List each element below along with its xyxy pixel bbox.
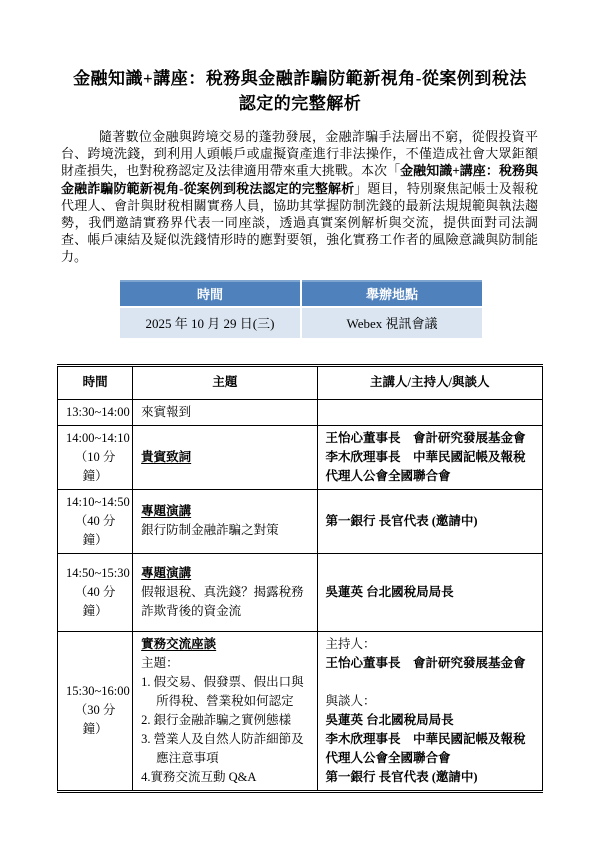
agenda-panelist: 第一銀行 長官代表 (邀請中)	[326, 768, 534, 787]
agenda-topic-cell: 專題演講 銀行防制金融詐騙之對策	[133, 489, 317, 553]
agenda-time-range: 14:00~14:10	[66, 429, 124, 448]
agenda-time-duration: （10 分鐘）	[66, 448, 124, 486]
agenda-topic-cell: 專題演講 假報退稅、真洗錢？揭露稅務詐欺背後的資金流	[133, 553, 317, 631]
agenda-speaker-line: 第一銀行 長官代表 (邀請中)	[326, 512, 534, 531]
agenda-moderator-label: 主持人：	[326, 635, 534, 654]
page-title-line1: 金融知識+講座：稅務與金融詐騙防範新視角-從案例到稅法	[0, 66, 600, 91]
agenda-speaker-line: 李木欣理事長 中華民國記帳及報稅代理人公會全國聯合會	[326, 448, 534, 486]
document-page: 金融知識+講座：稅務與金融詐騙防範新視角-從案例到稅法 認定的完整解析 隨著數位…	[0, 0, 600, 849]
agenda-row-keynote2: 14:50~15:30 （40 分鐘） 專題演講 假報退稅、真洗錢？揭露稅務詐欺…	[58, 553, 543, 631]
agenda-moderator: 王怡心董事長 會計研究發展基金會	[326, 654, 534, 673]
agenda-time-range: 14:10~14:50	[66, 493, 124, 512]
agenda-time-cell: 13:30~14:00	[58, 399, 133, 425]
agenda-row-opening: 14:00~14:10 （10 分鐘） 貴賓致詞 王怡心董事長 會計研究發展基金…	[58, 425, 543, 489]
agenda-speaker-cell	[317, 399, 542, 425]
agenda-speaker-cell: 主持人： 王怡心董事長 會計研究發展基金會 與談人： 吳蓮英 台北國稅局局長 李…	[317, 631, 542, 791]
agenda-header-time: 時間	[58, 365, 133, 399]
info-header-location: 舉辦地點	[302, 280, 482, 306]
info-date-value: 2025 年 10 月 29 日(三)	[120, 308, 300, 338]
agenda-speaker-cell: 第一銀行 長官代表 (邀請中)	[317, 489, 542, 553]
agenda-topic-heading: 專題演講	[141, 504, 191, 518]
agenda-time-duration: （30 分鐘）	[66, 701, 124, 739]
agenda-speaker-cell: 吳蓮英 台北國稅局局長	[317, 553, 542, 631]
spacer	[326, 673, 534, 692]
agenda-topic-body: 假報退稅、真洗錢？揭露稅務詐欺背後的資金流	[141, 583, 308, 621]
event-info-header-row: 時間 舉辦地點	[120, 280, 482, 306]
agenda-topic-body: 銀行防制金融詐騙之對策	[141, 521, 308, 540]
agenda-time-range: 15:30~16:00	[66, 682, 124, 701]
agenda-topic-item: 3. 營業人及自然人防詐細節及應注意事項	[141, 730, 308, 768]
agenda-time-range: 14:50~15:30	[66, 564, 124, 583]
agenda-topic-item: 1. 假交易、假發票、假出口與所得稅、營業稅如何認定	[141, 673, 308, 711]
agenda-panelist: 吳蓮英 台北國稅局局長	[326, 711, 534, 730]
agenda-row-checkin: 13:30~14:00 來賓報到	[58, 399, 543, 425]
agenda-table: 時間 主題 主講人/主持人/與談人 13:30~14:00 來賓報到 14:00…	[57, 364, 543, 793]
agenda-speaker-line: 吳蓮英 台北國稅局局長	[326, 583, 534, 602]
agenda-topic-cell: 來賓報到	[133, 399, 317, 425]
agenda-speaker-line: 王怡心董事長 會計研究發展基金會	[326, 429, 534, 448]
intro-paragraph: 隨著數位金融與跨境交易的蓬勃發展，金融詐騙手法層出不窮，從假投資平台、跨境洗錢，…	[61, 128, 538, 266]
agenda-topic-subtitle: 主題：	[141, 654, 308, 673]
agenda-time-duration: （40 分鐘）	[66, 512, 124, 550]
info-location-value: Webex 視訊會議	[302, 308, 482, 338]
agenda-panelist: 李木欣理事長 中華民國記帳及報稅代理人公會全國聯合會	[326, 730, 534, 768]
info-header-time: 時間	[120, 280, 300, 306]
agenda-time-cell: 14:00~14:10 （10 分鐘）	[58, 425, 133, 489]
agenda-topic-item: 4.實務交流互動 Q&A	[141, 768, 308, 787]
agenda-panelist-label: 與談人：	[326, 692, 534, 711]
page-title-line2: 認定的完整解析	[0, 91, 600, 116]
agenda-header-row: 時間 主題 主講人/主持人/與談人	[58, 365, 543, 399]
page-title: 金融知識+講座：稅務與金融詐騙防範新視角-從案例到稅法 認定的完整解析	[0, 0, 600, 116]
agenda-topic-heading: 實務交流座談	[141, 637, 216, 651]
agenda-time-duration: （40 分鐘）	[66, 583, 124, 621]
agenda-topic-heading: 專題演講	[141, 566, 191, 580]
agenda-row-panel: 15:30~16:00 （30 分鐘） 實務交流座談 主題： 1. 假交易、假發…	[58, 631, 543, 791]
agenda-time-cell: 15:30~16:00 （30 分鐘）	[58, 631, 133, 791]
event-info-value-row: 2025 年 10 月 29 日(三) Webex 視訊會議	[120, 308, 482, 338]
agenda-topic-cell: 實務交流座談 主題： 1. 假交易、假發票、假出口與所得稅、營業稅如何認定 2.…	[133, 631, 317, 791]
agenda-header-topic: 主題	[133, 365, 317, 399]
agenda-speaker-cell: 王怡心董事長 會計研究發展基金會 李木欣理事長 中華民國記帳及報稅代理人公會全國…	[317, 425, 542, 489]
agenda-topic-item: 2. 銀行金融詐騙之實例態樣	[141, 711, 308, 730]
event-info-table: 時間 舉辦地點 2025 年 10 月 29 日(三) Webex 視訊會議	[118, 278, 484, 340]
agenda-time-cell: 14:10~14:50 （40 分鐘）	[58, 489, 133, 553]
agenda-header-speaker: 主講人/主持人/與談人	[317, 365, 542, 399]
agenda-time-cell: 14:50~15:30 （40 分鐘）	[58, 553, 133, 631]
agenda-topic-cell: 貴賓致詞	[133, 425, 317, 489]
agenda-row-keynote1: 14:10~14:50 （40 分鐘） 專題演講 銀行防制金融詐騙之對策 第一銀…	[58, 489, 543, 553]
agenda-topic-heading: 貴賓致詞	[141, 450, 191, 464]
